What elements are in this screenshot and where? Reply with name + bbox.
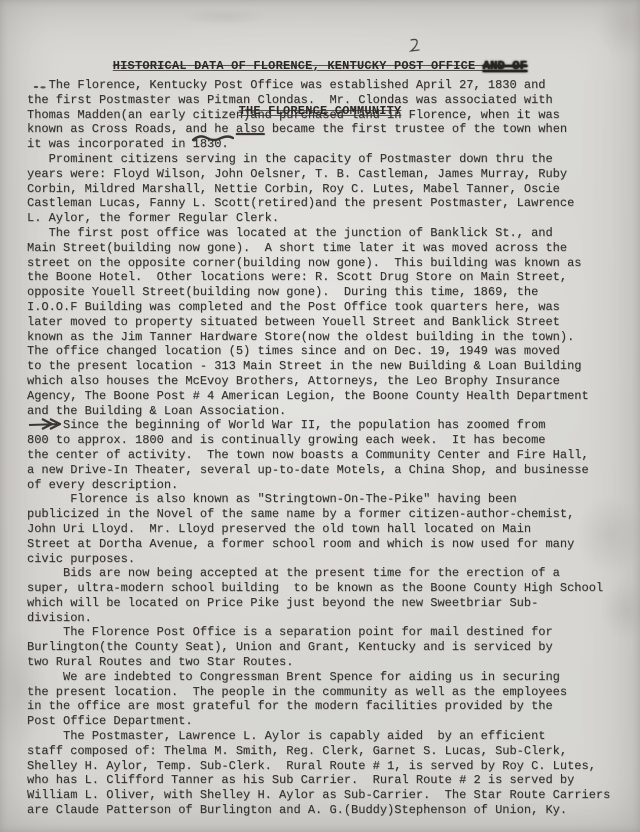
text-line: to the present location - 313 Main Stree… [27, 359, 632, 374]
text-line: Corbin, Mildred Marshall, Nettie Corbin,… [27, 182, 632, 197]
text-line: it was incorporated in 1830. [27, 137, 632, 152]
text-line: the Boone Hotel. Other locations were: R… [27, 270, 632, 285]
text-line: super, ultra-modern school building to b… [27, 581, 632, 596]
text-line: which also houses the McEvoy Brothers, A… [27, 374, 632, 389]
text-line: The Florence Post Office is a separation… [27, 625, 632, 640]
text-line: two Rural Routes and two Star Routes. [27, 655, 632, 670]
text-line: Since the beginning of World War II, the… [27, 418, 632, 433]
text-line: opposite Youell Street(building now gone… [27, 285, 632, 300]
text-line: John Uri Lloyd. Mr. Lloyd preserved the … [27, 522, 632, 537]
text-line: the present location. The people in the … [27, 685, 632, 700]
text-line: Bids are now being accepted at the prese… [27, 566, 632, 581]
text-line: I.O.O.F Building was completed and the P… [27, 300, 632, 315]
document-title-line1: HISTORICAL DATA OF FLORENCE, KENTUCKY PO… [0, 59, 640, 74]
text-line: known as the Jim Tanner Hardware Store(n… [27, 330, 632, 345]
text-line: and the Building & Loan Association. [27, 404, 632, 419]
text-line: the first Postmaster was Pitman Clondas.… [27, 93, 632, 108]
text-line: street on the opposite corner(building n… [27, 256, 632, 271]
text-line: Post Office Department. [27, 714, 632, 729]
text-line: in the office are most grateful for the … [27, 699, 632, 714]
text-line: who has L. Clifford Tanner as his Sub Ca… [27, 773, 632, 788]
text-line: Agency, The Boone Post # 4 American Legi… [27, 389, 632, 404]
text-line: of every description. [27, 478, 632, 493]
text-line: The office changed location (5) times si… [27, 344, 632, 359]
text-line: 800 to approx. 1800 and is continually g… [27, 433, 632, 448]
text-line: years were: Floyd Wilson, John Oelsner, … [27, 167, 632, 182]
text-line: William L. Oliver, with Shelley H. Aylor… [27, 788, 632, 803]
text-line: L. Aylor, the former Regular Clerk. [27, 211, 632, 226]
scan-smudge [180, 8, 270, 26]
text-line: publicized in the Novel of the same name… [27, 507, 632, 522]
text-line: staff composed of: Thelma M. Smith, Reg.… [27, 744, 632, 759]
text-line: known as Cross Roads, and he also became… [27, 122, 632, 137]
text-line: civic purposes. [27, 552, 632, 567]
underlined-word: also [236, 122, 265, 136]
text-line: Street at Dortha Avenue, a former school… [27, 537, 632, 552]
title-line1-text: HISTORICAL DATA OF FLORENCE, KENTUCKY PO… [113, 59, 483, 73]
scanned-document-page: HISTORICAL DATA OF FLORENCE, KENTUCKY PO… [0, 0, 640, 832]
text-line: The first post office was located at the… [27, 226, 632, 241]
text-line: Florence is also known as "Stringtown-On… [27, 492, 632, 507]
text-line: Castleman Lucas, Fanny L. Scott(retired)… [27, 196, 632, 211]
text-line: Shelley H. Aylor, Temp. Sub-Clerk. Rural… [27, 759, 632, 774]
text-line: the center of activity. The town now boa… [27, 448, 632, 463]
text-line: a new Drive-In Theater, several up-to-da… [27, 463, 632, 478]
text-line: division. [27, 611, 632, 626]
text-line: Burlington(the County Seat), Union and G… [27, 640, 632, 655]
text-line: which will be located on Price Pike just… [27, 596, 632, 611]
text-line: are Claude Patterson of Burlington and A… [27, 803, 632, 818]
text-line: later moved to property situated between… [27, 315, 632, 330]
text-line: Thomas Madden(an early citizen)and purch… [27, 108, 632, 123]
text-line: Prominent citizens serving in the capaci… [27, 152, 632, 167]
text-line: The Postmaster, Lawrence L. Aylor is cap… [27, 729, 632, 744]
title-line1-overstruck-text: AND OF [483, 59, 527, 73]
text-line: Main Street(building now gone). A short … [27, 241, 632, 256]
text-line: We are indebted to Congressman Brent Spe… [27, 670, 632, 685]
document-body: The Florence, Kentucky Post Office was e… [27, 78, 632, 818]
text-line: The Florence, Kentucky Post Office was e… [27, 78, 632, 93]
